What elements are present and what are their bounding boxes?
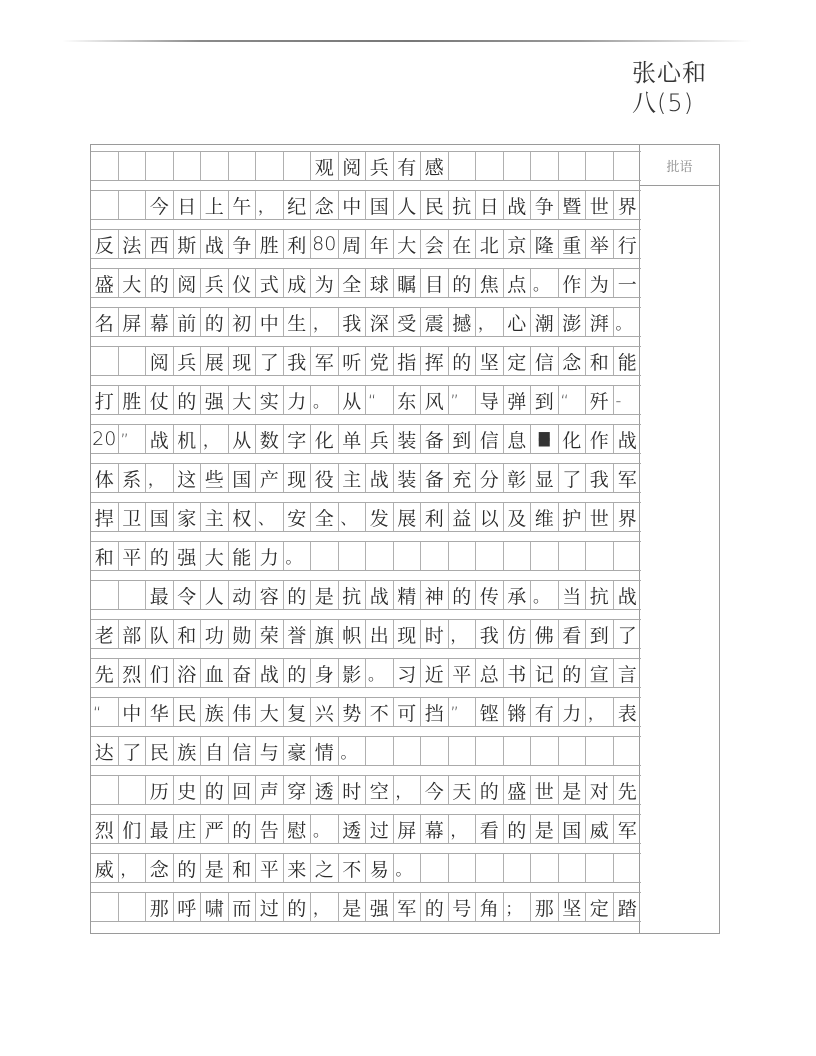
- grid-cell: 最: [146, 815, 174, 843]
- grid-cell: 斯: [174, 230, 202, 258]
- grid-cell: 球: [366, 269, 394, 297]
- grid-cell: 分: [476, 464, 504, 492]
- grid-cell: 指: [394, 347, 422, 375]
- grid-cell: [119, 776, 147, 804]
- grid-cell: 北: [476, 230, 504, 258]
- grid-cell: 阅: [146, 347, 174, 375]
- grid-cell: 上: [201, 191, 229, 219]
- grid-cell: 重: [559, 230, 587, 258]
- grid-cell: 体: [91, 464, 119, 492]
- grid-cell: 界: [614, 503, 642, 531]
- grid-cell: [91, 191, 119, 219]
- grid-cell: ；: [504, 893, 532, 921]
- grid-cell: 书: [504, 659, 532, 687]
- grid-cell: 老: [91, 620, 119, 648]
- grid-cell: 装: [394, 464, 422, 492]
- grid-cell: 们: [146, 659, 174, 687]
- grid-cell: 成: [284, 269, 312, 297]
- grid-cell: 近: [421, 659, 449, 687]
- grid-cell: 作: [559, 269, 587, 297]
- grid-cell: 平: [119, 542, 147, 570]
- grid-cell: 有: [394, 152, 422, 180]
- grid-cell: 字: [284, 425, 312, 453]
- grid-cell: [504, 737, 532, 765]
- grid-cell: 打: [91, 386, 119, 414]
- grid-cell: 是: [531, 815, 559, 843]
- grid-cell: 信: [476, 425, 504, 453]
- grid-cell: 大: [256, 698, 284, 726]
- grid-cell: 强: [174, 542, 202, 570]
- grid-cell: 歼: [586, 386, 614, 414]
- grid-cell: [91, 152, 119, 180]
- grid-cell: 族: [201, 698, 229, 726]
- grid-cell: 庄: [174, 815, 202, 843]
- grid-cell: 世: [586, 503, 614, 531]
- grid-cell: 争: [229, 230, 257, 258]
- grid-cell: 角: [476, 893, 504, 921]
- grid-cell: 与: [256, 737, 284, 765]
- grid-cell: 军: [311, 347, 339, 375]
- grid-cell: 行: [614, 230, 642, 258]
- grid-cell: 有: [531, 698, 559, 726]
- grid-cell: 维: [531, 503, 559, 531]
- grid-cell: 兵: [201, 269, 229, 297]
- grid-cell: 备: [421, 425, 449, 453]
- grid-cell: [91, 581, 119, 609]
- grid-cell: 军: [614, 815, 642, 843]
- grid-cell: 到: [449, 425, 477, 453]
- grid-cell: 兴: [311, 698, 339, 726]
- grid-cell: 战: [614, 425, 642, 453]
- grid-cell: 出: [366, 620, 394, 648]
- grid-cell: 化: [311, 425, 339, 453]
- grid-cell: 威: [586, 815, 614, 843]
- grid-cell: 我: [339, 308, 367, 336]
- grid-cell: [119, 893, 147, 921]
- grid-row: 捍卫国家主权、安全、发展利益以及维护世界: [91, 502, 641, 532]
- grid-cell: 是: [559, 776, 587, 804]
- grid-cell: 穿: [284, 776, 312, 804]
- grid-row: 烈们最庄严的告慰。透过屏幕，看的是国威军: [91, 814, 641, 844]
- grid-cell: 会: [421, 230, 449, 258]
- grid-cell: 暨: [559, 191, 587, 219]
- grid-cell: 仪: [229, 269, 257, 297]
- grid-cell: [504, 542, 532, 570]
- grid-cell: 先: [614, 776, 642, 804]
- grid-cell: [421, 737, 449, 765]
- grid-cell: 世: [531, 776, 559, 804]
- grid-cell: ，: [119, 854, 147, 882]
- grid-cell: 、: [339, 503, 367, 531]
- grid-cell: 的: [284, 893, 312, 921]
- grid-cell: 精: [394, 581, 422, 609]
- grid-cell: 。: [284, 542, 312, 570]
- grid-cell: 利: [284, 230, 312, 258]
- grid-cell: 屏: [119, 308, 147, 336]
- grid-cell: 。: [311, 386, 339, 414]
- grid-cell: “: [91, 698, 119, 726]
- grid-cell: 和: [586, 347, 614, 375]
- grid-cell: 全: [339, 269, 367, 297]
- title-row: 观阅兵有感: [91, 151, 641, 181]
- grid-cell: [614, 854, 642, 882]
- grid-cell: [119, 191, 147, 219]
- grid-cell: 定: [504, 347, 532, 375]
- grid-cell: 阅: [339, 152, 367, 180]
- grid-cell: [586, 542, 614, 570]
- grid-cell: 定: [586, 893, 614, 921]
- grid-cell: 总: [476, 659, 504, 687]
- grid-cell: 声: [256, 776, 284, 804]
- grid-cell: 容: [256, 581, 284, 609]
- paper-top-edge: [62, 40, 752, 42]
- grid-cell: [366, 737, 394, 765]
- grid-cell: 今: [146, 191, 174, 219]
- grid-cell: [531, 854, 559, 882]
- grid-cell: 威: [91, 854, 119, 882]
- grid-row: 20”战机，从数字化单兵装备到信息▇化作战: [91, 424, 641, 454]
- grid-cell: [559, 542, 587, 570]
- grid-row: 历史的回声穿透时空，今天的盛世是对先: [91, 775, 641, 805]
- grid-cell: 烈: [91, 815, 119, 843]
- grid-cell: 誉: [284, 620, 312, 648]
- grid-row: 达了民族自信与豪情。: [91, 736, 641, 766]
- grid-cell: [174, 152, 202, 180]
- grid-cell: 空: [366, 776, 394, 804]
- grid-cell: 和: [91, 542, 119, 570]
- grid-cell: 习: [394, 659, 422, 687]
- grid-cell: ”: [449, 698, 477, 726]
- grid-cell: 全: [311, 503, 339, 531]
- grid-cell: 及: [504, 503, 532, 531]
- grid-cell: 势: [339, 698, 367, 726]
- grid-cell: 显: [531, 464, 559, 492]
- grid-cell: 神: [421, 581, 449, 609]
- grid-cell: 的: [449, 347, 477, 375]
- grid-cell: 平: [256, 854, 284, 882]
- grid-cell: 挡: [421, 698, 449, 726]
- grid-cell: 、: [256, 503, 284, 531]
- class-label: 八(5): [632, 88, 707, 118]
- grid-cell: 力: [256, 542, 284, 570]
- grid-cell: 生: [284, 308, 312, 336]
- grid-cell: 到: [531, 386, 559, 414]
- grid-cell: 时: [421, 620, 449, 648]
- grid-cell: 周: [339, 230, 367, 258]
- grid-cell: 了: [256, 347, 284, 375]
- grid-cell: ，: [449, 620, 477, 648]
- author-block: 张心和 八(5): [632, 58, 707, 118]
- grid-cell: [531, 737, 559, 765]
- grid-cell: 告: [256, 815, 284, 843]
- grid-cell: [284, 152, 312, 180]
- grid-row: 和平的强大能力。: [91, 541, 641, 571]
- grid-cell: 充: [449, 464, 477, 492]
- grid-cell: ，: [146, 464, 174, 492]
- grid-cell: 幕: [146, 308, 174, 336]
- grid-cell: 历: [146, 776, 174, 804]
- grid-cell: [614, 737, 642, 765]
- grid-cell: 单: [339, 425, 367, 453]
- grid-cell: [449, 854, 477, 882]
- grid-cell: 过: [366, 815, 394, 843]
- grid-cell: [559, 737, 587, 765]
- grid-row: 那呼啸而过的，是强军的号角；那坚定踏: [91, 892, 641, 922]
- grid-cell: [449, 542, 477, 570]
- grid-cell: 心: [504, 308, 532, 336]
- grid-cell: 透: [311, 776, 339, 804]
- grid-cell: [504, 152, 532, 180]
- grid-cell: 这: [174, 464, 202, 492]
- grid-cell: [146, 152, 174, 180]
- grid-cell: [476, 152, 504, 180]
- grid-cell: 可: [394, 698, 422, 726]
- grid-cell: 表: [614, 698, 642, 726]
- grid-cell: 利: [421, 503, 449, 531]
- grid-cell: 主: [339, 464, 367, 492]
- grid-cell: 抗: [586, 581, 614, 609]
- grid-cell: 的: [504, 815, 532, 843]
- grid-cell: 记: [531, 659, 559, 687]
- grid-cell: 军: [614, 464, 642, 492]
- grid-cell: ，: [394, 776, 422, 804]
- grid-cell: 作: [586, 425, 614, 453]
- grid-cell: 奋: [229, 659, 257, 687]
- grid-cell: 瞩: [394, 269, 422, 297]
- grid-cell: 。: [366, 659, 394, 687]
- grid-cell: [366, 542, 394, 570]
- grid-cell: 力: [559, 698, 587, 726]
- grid-cell: 卫: [119, 503, 147, 531]
- grid-cell: 仿: [504, 620, 532, 648]
- grid-row: 最令人动容的是抗战精神的传承。当抗战: [91, 580, 641, 610]
- grid-cell: 队: [146, 620, 174, 648]
- grid-cell: 阅: [174, 269, 202, 297]
- grid-cell: 。: [531, 269, 559, 297]
- comment-column-label: 批语: [640, 145, 719, 186]
- grid-cell: [421, 854, 449, 882]
- grid-cell: 大: [229, 386, 257, 414]
- grid-cell: 东: [394, 386, 422, 414]
- grid-cell: [449, 737, 477, 765]
- grid-row: “中华民族伟大复兴势不可挡”铿锵有力，表: [91, 697, 641, 727]
- grid-cell: 念: [559, 347, 587, 375]
- grid-cell: [476, 854, 504, 882]
- grid-cell: 力: [284, 386, 312, 414]
- grid-cell: 荣: [256, 620, 284, 648]
- grid-row: 老部队和功勋荣誉旗帜出现时，我仿佛看到了: [91, 619, 641, 649]
- grid-row: 盛大的阅兵仪式成为全球瞩目的焦点。作为一: [91, 268, 641, 298]
- grid-cell: ”: [119, 425, 147, 453]
- grid-cell: 人: [394, 191, 422, 219]
- grid-cell: 的: [284, 659, 312, 687]
- grid-cell: 之: [311, 854, 339, 882]
- grid-cell: 战: [366, 464, 394, 492]
- grid-cell: “: [366, 386, 394, 414]
- grid-cell: [559, 854, 587, 882]
- grid-cell: 令: [174, 581, 202, 609]
- grid-cell: 感: [421, 152, 449, 180]
- grid-cell: 族: [174, 737, 202, 765]
- grid-cell: 的: [201, 776, 229, 804]
- grid-cell: 伟: [229, 698, 257, 726]
- grid-cell: 以: [476, 503, 504, 531]
- grid-cell: 抗: [339, 581, 367, 609]
- grid-cell: 盛: [91, 269, 119, 297]
- grid-cell: 对: [586, 776, 614, 804]
- grid-cell: 机: [174, 425, 202, 453]
- grid-cell: [119, 581, 147, 609]
- grid-cell: 胜: [256, 230, 284, 258]
- grid-cell: 权: [229, 503, 257, 531]
- grid-cell: 实: [256, 386, 284, 414]
- grid-cell: 兵: [174, 347, 202, 375]
- grid-cell: 承: [504, 581, 532, 609]
- grid-cell: 化: [559, 425, 587, 453]
- grid-cell: [339, 542, 367, 570]
- grid-cell: 的: [201, 308, 229, 336]
- grid-cell: 史: [174, 776, 202, 804]
- grid-cell: 坚: [476, 347, 504, 375]
- grid-cell: 而: [229, 893, 257, 921]
- grid-cell: 些: [201, 464, 229, 492]
- grid-cell: [614, 152, 642, 180]
- grid-cell: 国: [229, 464, 257, 492]
- grid-cell: [559, 152, 587, 180]
- grid-cell: 强: [366, 893, 394, 921]
- grid-cell: 展: [201, 347, 229, 375]
- grid-cell: 现: [284, 464, 312, 492]
- grid-cell: 。: [394, 854, 422, 882]
- grid-cell: 达: [91, 737, 119, 765]
- grid-cell: 撼: [449, 308, 477, 336]
- grid-cell: 目: [421, 269, 449, 297]
- grid-cell: 举: [586, 230, 614, 258]
- grid-cell: 动: [229, 581, 257, 609]
- grid-cell: 易: [366, 854, 394, 882]
- grid-cell: 中: [119, 698, 147, 726]
- grid-cell: 听: [339, 347, 367, 375]
- grid-cell: 的: [284, 581, 312, 609]
- grid-cell: 复: [284, 698, 312, 726]
- grid-cell: 湃: [586, 308, 614, 336]
- grid-cell: 战: [504, 191, 532, 219]
- grid-cell: 捍: [91, 503, 119, 531]
- grid-cell: [119, 152, 147, 180]
- grid-cell: [586, 152, 614, 180]
- grid-cell: 从: [339, 386, 367, 414]
- grid-cell: 。: [614, 308, 642, 336]
- grid-cell: 信: [229, 737, 257, 765]
- grid-cell: 西: [146, 230, 174, 258]
- grid-cell: 战: [146, 425, 174, 453]
- grid-cell: 国: [366, 191, 394, 219]
- grid-cell: 时: [339, 776, 367, 804]
- grid-cell: 彰: [504, 464, 532, 492]
- grid-cell: 一: [614, 269, 642, 297]
- grid-row: 先烈们浴血奋战的身影。习近平总书记的宣言: [91, 658, 641, 688]
- grid-cell: 呼: [174, 893, 202, 921]
- grid-cell: 受: [394, 308, 422, 336]
- grid-cell: 豪: [284, 737, 312, 765]
- grid-cell: 是: [311, 581, 339, 609]
- grid-cell: 盛: [504, 776, 532, 804]
- grid-cell: 日: [174, 191, 202, 219]
- grid-cell: 从: [229, 425, 257, 453]
- grid-cell: 那: [146, 893, 174, 921]
- grid-cell: [394, 542, 422, 570]
- grid-cell: 役: [311, 464, 339, 492]
- grid-cell: 民: [421, 191, 449, 219]
- grid-cell: 为: [311, 269, 339, 297]
- grid-cell: 佛: [531, 620, 559, 648]
- grid-cell: [229, 152, 257, 180]
- grid-cell: 战: [366, 581, 394, 609]
- grid-cell: 和: [229, 854, 257, 882]
- grid-cell: 息: [504, 425, 532, 453]
- grid-cell: 备: [421, 464, 449, 492]
- grid-cell: 大: [201, 542, 229, 570]
- grid-cell: 观: [311, 152, 339, 180]
- grid-cell: 自: [201, 737, 229, 765]
- grid-cell: 反: [91, 230, 119, 258]
- grid-cell: [256, 152, 284, 180]
- grid-cell: 装: [394, 425, 422, 453]
- grid-row: 反法西斯战争胜利80周年大会在北京隆重举行: [91, 229, 641, 259]
- grid-cell: 平: [449, 659, 477, 687]
- grid-cell: 深: [366, 308, 394, 336]
- grid-cell: 仗: [146, 386, 174, 414]
- grid-row: 打胜仗的强大实力。从“东风”导弹到“歼-: [91, 385, 641, 415]
- grid-cell: 旗: [311, 620, 339, 648]
- grid-cell: 过: [256, 893, 284, 921]
- grid-cell: [476, 542, 504, 570]
- grid-cell: [311, 542, 339, 570]
- grid-cell: [394, 737, 422, 765]
- grid-cell: 前: [174, 308, 202, 336]
- grid-cell: 到: [586, 620, 614, 648]
- grid-cell: 澎: [559, 308, 587, 336]
- grid-cell: 胜: [119, 386, 147, 414]
- grid-cell: 展: [394, 503, 422, 531]
- grid-cell: 主: [201, 503, 229, 531]
- grid-cell: 抗: [449, 191, 477, 219]
- grid-cell: 回: [229, 776, 257, 804]
- grid-cell: 和: [174, 620, 202, 648]
- grid-cell: 能: [614, 347, 642, 375]
- grid-cell: 看: [559, 620, 587, 648]
- grid-cell: [531, 542, 559, 570]
- illegible-scribble: ▇: [531, 425, 559, 453]
- grid-cell: [531, 152, 559, 180]
- grid-cell: 信: [531, 347, 559, 375]
- grid-cell: 的: [476, 776, 504, 804]
- grid-cell: 80: [311, 230, 339, 258]
- grid-cell: 国: [146, 503, 174, 531]
- grid-cell: “: [559, 386, 587, 414]
- grid-cell: 挥: [421, 347, 449, 375]
- grid-cell: 烈: [119, 659, 147, 687]
- grid-cell: 我: [284, 347, 312, 375]
- grid-cell: 看: [476, 815, 504, 843]
- grid-cell: [201, 152, 229, 180]
- grid-cell: 初: [229, 308, 257, 336]
- grid-cell: 我: [476, 620, 504, 648]
- grid-cell: 严: [201, 815, 229, 843]
- grid-row: 名屏幕前的初中生，我深受震撼，心潮澎湃。: [91, 307, 641, 337]
- grid-cell: 产: [256, 464, 284, 492]
- grid-cell: 党: [366, 347, 394, 375]
